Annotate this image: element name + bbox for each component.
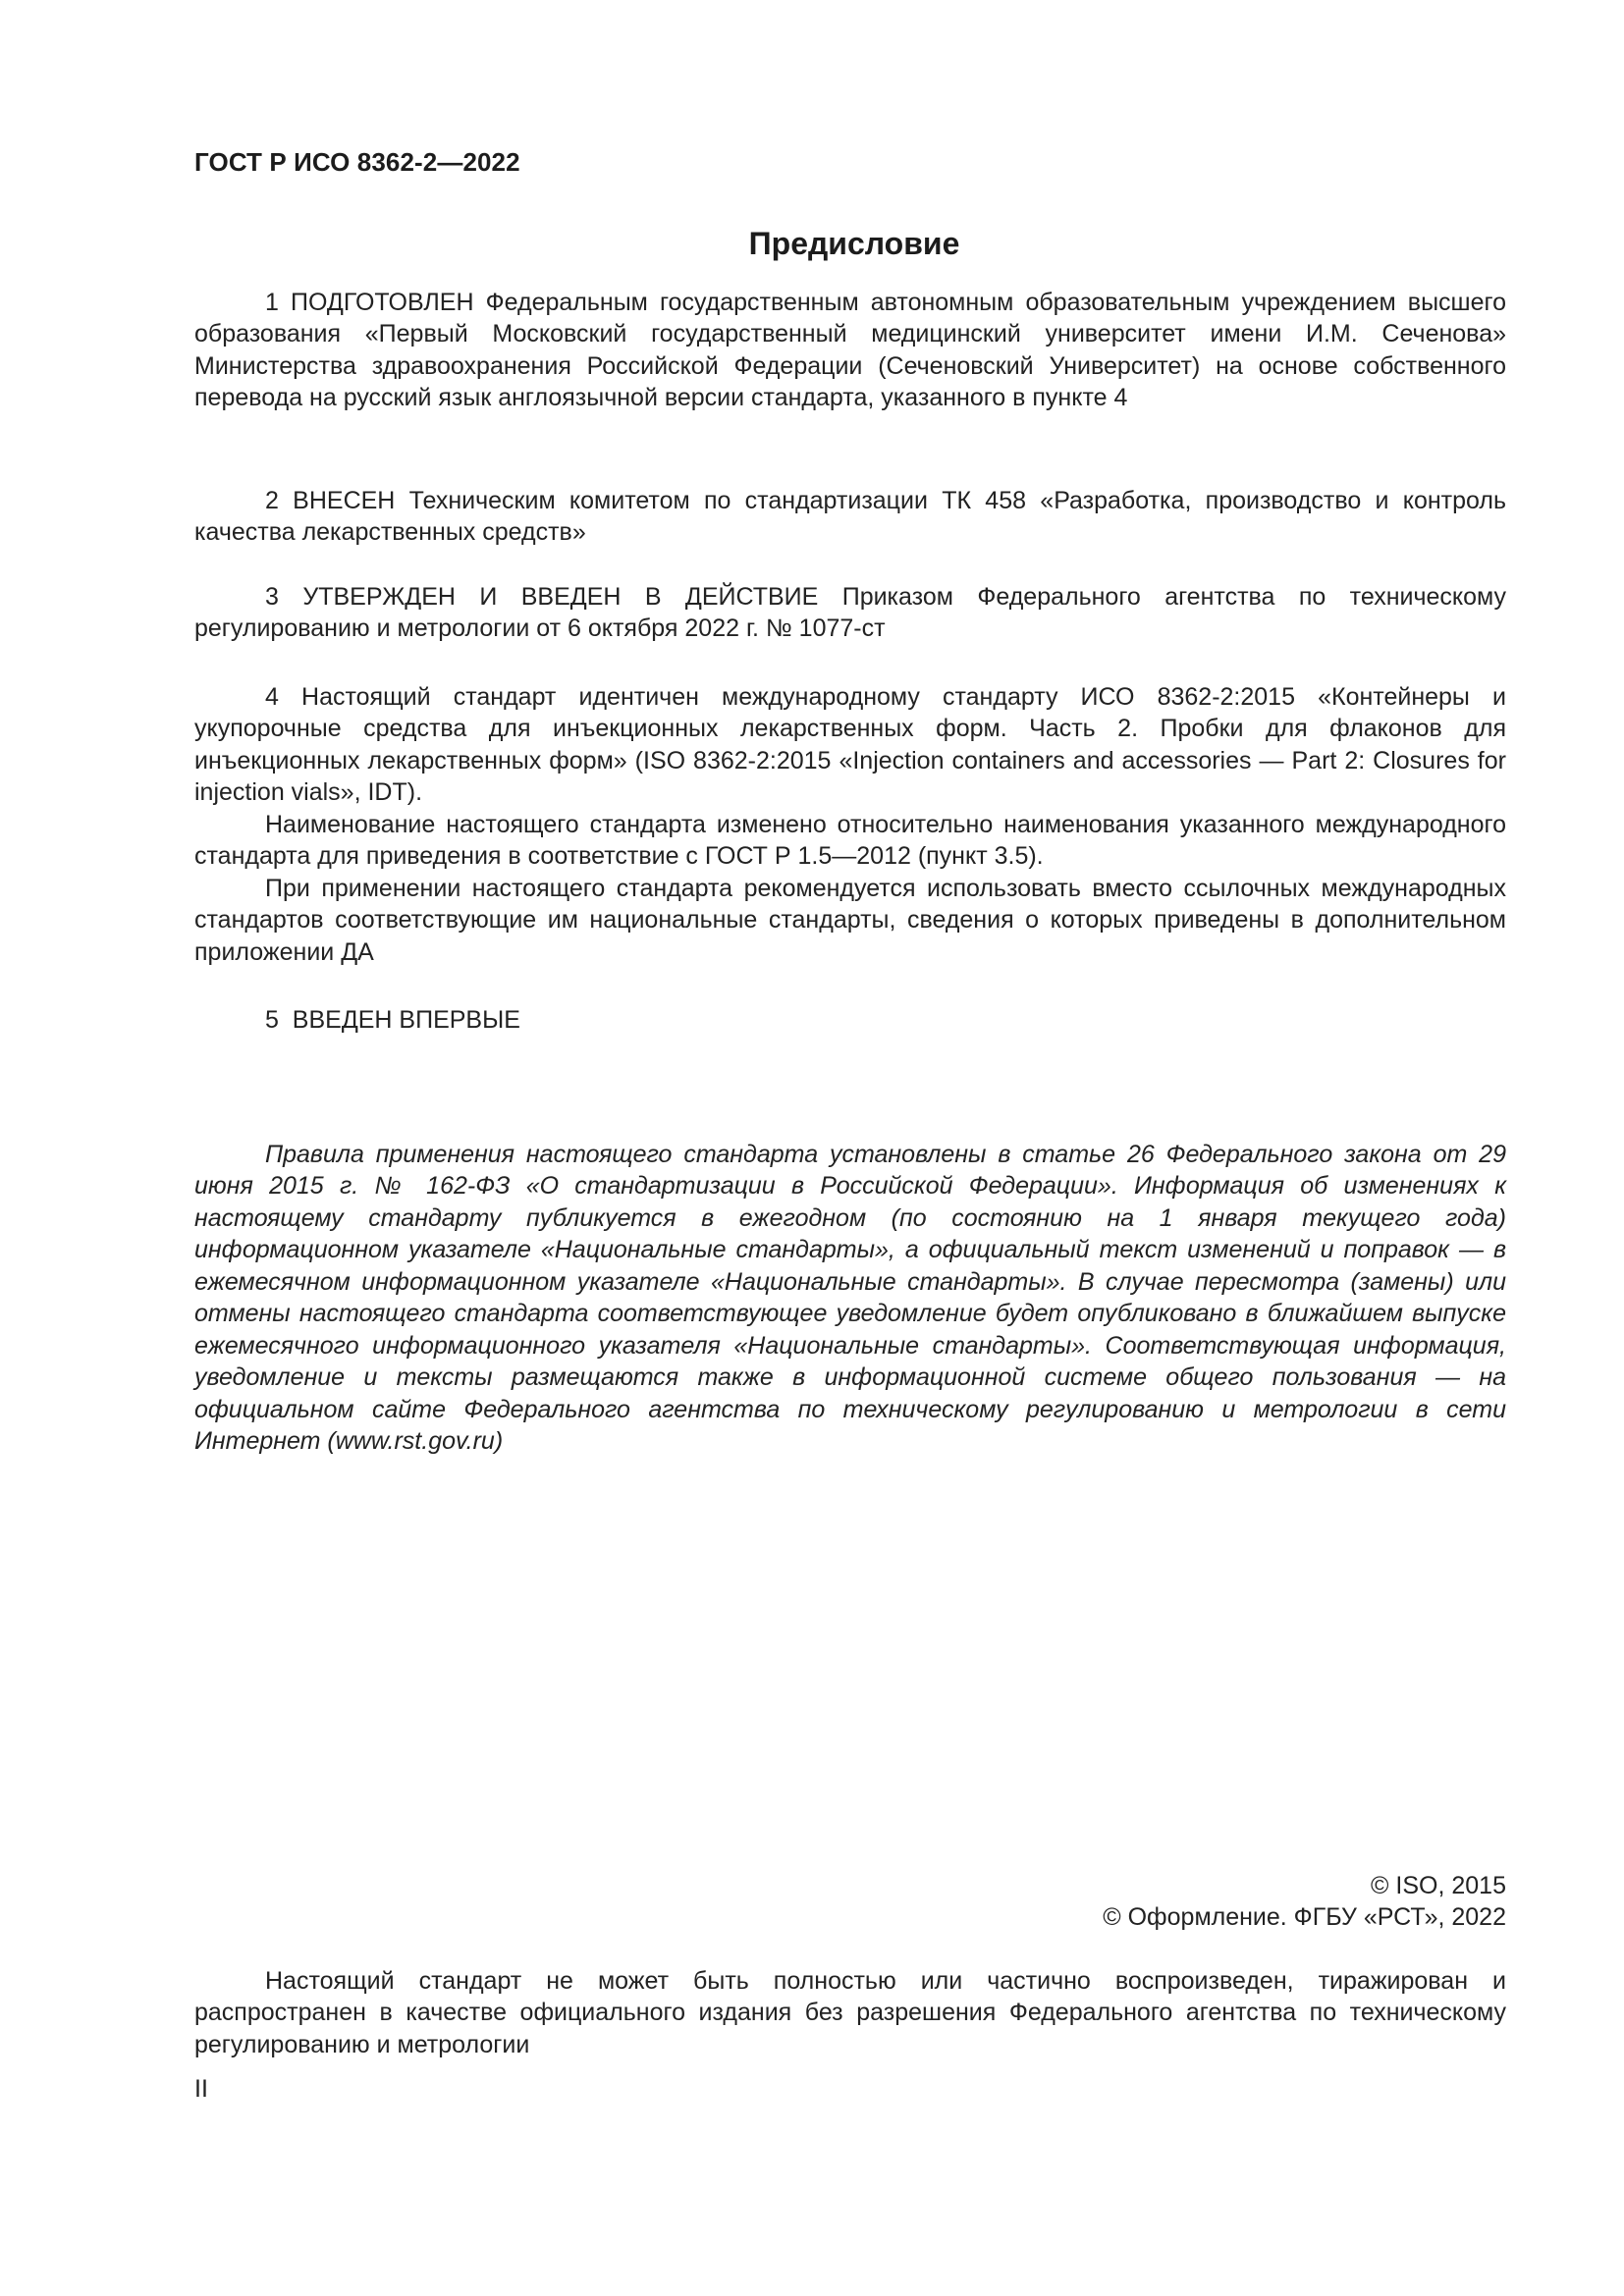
copyright-block: © ISO, 2015 © Оформление. ФГБУ «РСТ», 20… xyxy=(194,1870,1506,1933)
page-title: Предисловие xyxy=(194,224,1514,263)
rules-notice: Правила применения настоящего стандарта … xyxy=(194,1139,1506,1458)
section-4: 4 Настоящий стандарт идентичен междунаро… xyxy=(194,681,1506,969)
reproduction-notice-text: Настоящий стандарт не может быть полност… xyxy=(194,1965,1506,2061)
section-3-paragraph: 3 УТВЕРЖДЕН И ВВЕДЕН В ДЕЙСТВИЕ Приказом… xyxy=(194,581,1506,645)
document-page: ГОСТ Р ИСО 8362-2—2022 Предисловие 1 ПОД… xyxy=(0,0,1624,2296)
reproduction-notice: Настоящий стандарт не может быть полност… xyxy=(194,1965,1506,2061)
document-code-header: ГОСТ Р ИСО 8362-2—2022 xyxy=(194,146,1506,178)
copyright-design: © Оформление. ФГБУ «РСТ», 2022 xyxy=(194,1901,1506,1933)
section-4-paragraph-references: При применении настоящего стандарта реко… xyxy=(194,873,1506,969)
page-number: II xyxy=(194,2073,1506,2106)
section-4-paragraph-name-change: Наименование настоящего стандарта измене… xyxy=(194,809,1506,873)
copyright-iso: © ISO, 2015 xyxy=(194,1870,1506,1901)
rules-notice-text: Правила применения настоящего стандарта … xyxy=(194,1139,1506,1458)
section-5-paragraph: 5 ВВЕДЕН ВПЕРВЫЕ xyxy=(194,1004,1506,1037)
section-2: 2 ВНЕСЕН Техническим комитетом по станда… xyxy=(194,485,1506,549)
section-2-paragraph: 2 ВНЕСЕН Техническим комитетом по станда… xyxy=(194,485,1506,549)
section-3: 3 УТВЕРЖДЕН И ВВЕДЕН В ДЕЙСТВИЕ Приказом… xyxy=(194,581,1506,645)
section-1: 1 ПОДГОТОВЛЕН Федеральным государственны… xyxy=(194,287,1506,414)
section-1-paragraph: 1 ПОДГОТОВЛЕН Федеральным государственны… xyxy=(194,287,1506,414)
section-5: 5 ВВЕДЕН ВПЕРВЫЕ xyxy=(194,1004,1506,1037)
section-4-paragraph-identity: 4 Настоящий стандарт идентичен междунаро… xyxy=(194,681,1506,809)
